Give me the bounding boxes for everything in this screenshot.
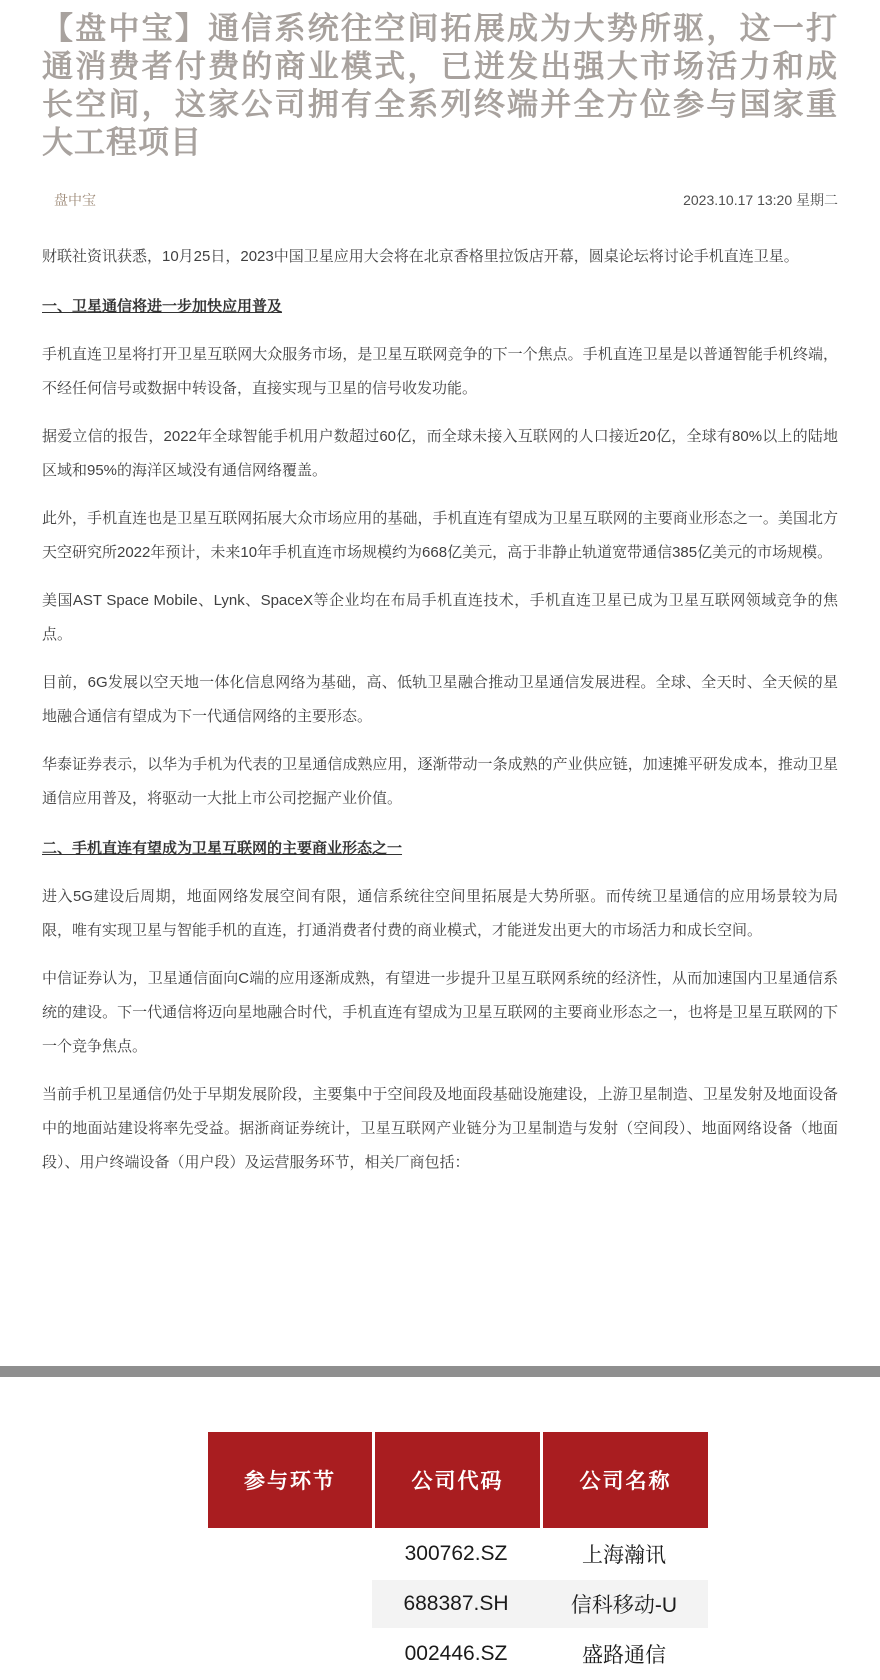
cell-stock-code: 002446.SZ <box>372 1628 540 1680</box>
cell-company-name: 信科移动-U <box>540 1580 708 1628</box>
cell-segment <box>208 1628 372 1680</box>
table-header-code: 公司代码 <box>375 1432 540 1528</box>
cell-company-name: 上海瀚讯 <box>540 1528 708 1580</box>
paragraph: 此外，手机直连也是卫星互联网拓展大众市场应用的基础，手机直连有望成为卫星互联网的… <box>42 502 838 570</box>
table-header-name: 公司名称 <box>543 1432 708 1528</box>
paragraph: 目前，6G发展以空天地一体化信息网络为基础，高、低轨卫星融合推动卫星通信发展进程… <box>42 666 838 734</box>
cell-segment <box>208 1580 372 1628</box>
section-heading-2: 二、手机直连有望成为卫星互联网的主要商业形态之一 <box>42 832 838 866</box>
cell-stock-code: 300762.SZ <box>372 1528 540 1580</box>
paragraph: 中信证券认为，卫星通信面向C端的应用逐渐成熟，有望进一步提升卫星互联网系统的经济… <box>42 962 838 1064</box>
section-heading-1: 一、卫星通信将进一步加快应用普及 <box>42 290 838 324</box>
paragraph: 进入5G建设后周期，地面网络发展空间有限，通信系统往空间里拓展是大势所驱。而传统… <box>42 880 838 948</box>
article-page: 【盘中宝】通信系统往空间拓展成为大势所驱，这一打通消费者付费的商业模式，已迸发出… <box>0 0 880 1680</box>
table-header-row: 参与环节 公司代码 公司名称 <box>208 1432 708 1528</box>
paragraph: 手机直连卫星将打开卫星互联网大众服务市场，是卫星互联网竞争的下一个焦点。手机直连… <box>42 338 838 406</box>
paragraph: 美国AST Space Mobile、Lynk、SpaceX等企业均在布局手机直… <box>42 584 838 652</box>
paragraph: 据爱立信的报告，2022年全球智能手机用户数超过60亿，而全球未接入互联网的人口… <box>42 420 838 488</box>
cell-company-name: 盛路通信 <box>540 1628 708 1680</box>
cell-segment <box>208 1528 372 1580</box>
page-title: 【盘中宝】通信系统往空间拓展成为大势所驱，这一打通消费者付费的商业模式，已迸发出… <box>42 10 838 162</box>
table-row: 002446.SZ 盛路通信 <box>208 1628 708 1680</box>
article-body: 财联社资讯获悉，10月25日，2023中国卫星应用大会将在北京香格里拉饭店开幕，… <box>42 240 838 1180</box>
table-row: 688387.SH 信科移动-U <box>208 1580 708 1628</box>
paragraph: 财联社资讯获悉，10月25日，2023中国卫星应用大会将在北京香格里拉饭店开幕，… <box>42 240 838 274</box>
companies-table: 参与环节 公司代码 公司名称 300762.SZ 上海瀚讯 688387.SH … <box>208 1432 708 1680</box>
publish-datetime: 2023.10.17 13:20 星期二 <box>683 190 838 210</box>
table-header-segment: 参与环节 <box>208 1432 372 1528</box>
table-row: 300762.SZ 上海瀚讯 <box>208 1528 708 1580</box>
byline: 盘中宝 <box>54 190 96 210</box>
paragraph: 当前手机卫星通信仍处于早期发展阶段，主要集中于空间段及地面段基础设施建设，上游卫… <box>42 1078 838 1180</box>
article-meta: 盘中宝 2023.10.17 13:20 星期二 <box>42 190 838 210</box>
cell-stock-code: 688387.SH <box>372 1580 540 1628</box>
article-content: 【盘中宝】通信系统往空间拓展成为大势所驱，这一打通消费者付费的商业模式，已迸发出… <box>0 0 880 1180</box>
paragraph: 华泰证券表示，以华为手机为代表的卫星通信成熟应用，逐渐带动一条成熟的产业供应链，… <box>42 748 838 816</box>
content-divider <box>0 1366 880 1377</box>
